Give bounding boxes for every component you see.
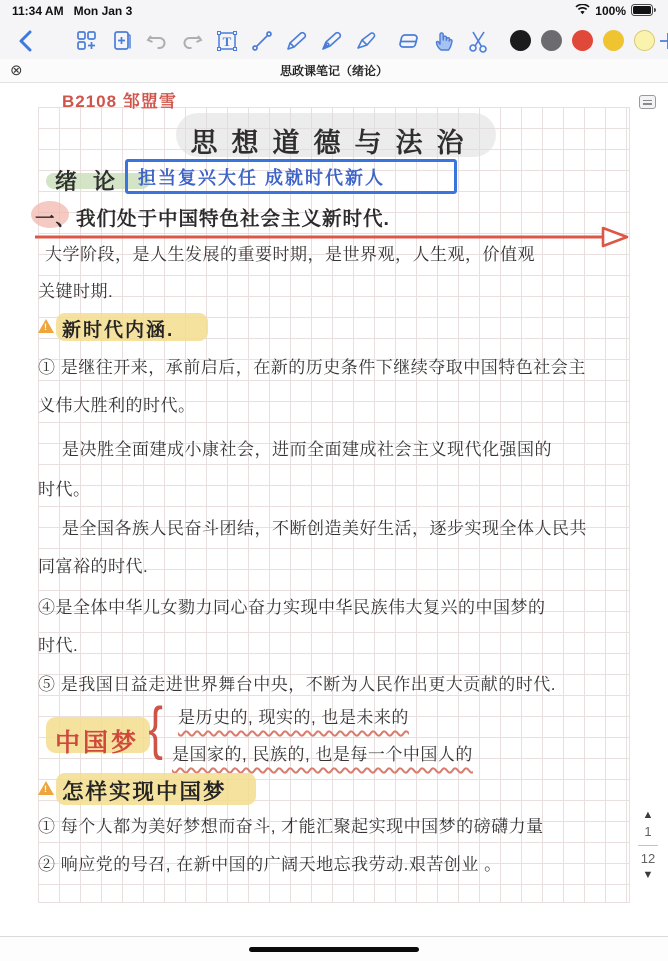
lasso-hand-tool-icon[interactable] bbox=[431, 28, 457, 54]
dream-line1: 是历史的, 现实的, 也是未来的 bbox=[178, 703, 409, 728]
intro-boxed-annotation: 担当复兴大任 成就时代新人 bbox=[125, 159, 457, 194]
student-id-label: B2108 邹盟雪 bbox=[62, 87, 177, 112]
close-icon[interactable]: ⊗ bbox=[10, 63, 23, 78]
point3-line1: 是全国各族人民奋斗团结，不断创造美好生活，逐步实现全体人民共 bbox=[62, 514, 587, 539]
page-nav-divider bbox=[638, 845, 658, 846]
add-element-grid-icon[interactable] bbox=[74, 28, 100, 54]
redo-icon[interactable] bbox=[179, 28, 205, 54]
point2-line2: 时代。 bbox=[38, 475, 91, 500]
color-gold-swatch[interactable] bbox=[603, 30, 624, 51]
dream-line2: 是国家的, 民族的, 也是每一个中国人的 bbox=[172, 740, 473, 765]
point4-line2: 时代. bbox=[38, 631, 78, 656]
subheading-new-era: 新时代内涵. bbox=[62, 315, 174, 342]
undo-icon[interactable] bbox=[144, 28, 170, 54]
subheading-how-realize: 怎样实现中国梦 bbox=[62, 775, 227, 806]
how-point2: ② 响应党的号召, 在新中国的广阔天地忘我劳动.艰苦创业 。 bbox=[38, 850, 502, 875]
intro-label: 绪论 bbox=[55, 165, 131, 196]
current-page-number: 1 bbox=[644, 823, 651, 841]
point4-line1: ④是全体中华儿女勠力同心奋力实现中华民族伟大复兴的中国梦的 bbox=[38, 593, 546, 618]
battery-percent: 100% bbox=[595, 4, 626, 18]
para1-line2: 关键时期. bbox=[38, 277, 113, 302]
warning-triangle-icon bbox=[38, 319, 54, 333]
total-page-number: 12 bbox=[641, 850, 655, 868]
note-main-title: 思想道德与法治 bbox=[0, 121, 668, 160]
doc-title: 思政课笔记（绪论） bbox=[0, 62, 668, 79]
bottom-bar bbox=[0, 936, 668, 961]
warning-triangle-icon-2 bbox=[38, 781, 54, 795]
color-gray-swatch[interactable] bbox=[541, 30, 562, 51]
back-chevron-icon[interactable] bbox=[12, 28, 38, 54]
line-tool-icon[interactable] bbox=[249, 28, 275, 54]
text-tool-icon[interactable]: T bbox=[214, 28, 240, 54]
add-page-icon[interactable] bbox=[109, 28, 135, 54]
color-black-swatch[interactable] bbox=[510, 30, 531, 51]
home-indicator[interactable] bbox=[249, 947, 419, 952]
color-pale-yellow-swatch[interactable] bbox=[634, 30, 655, 51]
point2-line1: 是决胜全面建成小康社会，进而全面建成社会主义现代化强国的 bbox=[62, 435, 552, 460]
page-up-icon[interactable]: ▲ bbox=[643, 810, 654, 821]
point1-line1: ① 是继往开来，承前启后，在新的历史条件下继续夺取中国特色社会主 bbox=[38, 353, 586, 378]
wifi-icon bbox=[575, 4, 590, 18]
status-date: Mon Jan 3 bbox=[74, 4, 133, 18]
pen-tool-icon[interactable] bbox=[319, 28, 345, 54]
status-bar: 11:34 AM Mon Jan 3 100% bbox=[0, 0, 668, 22]
para1-line1: 大学阶段，是人生发展的重要时期，是世界观，人生观，价值观 bbox=[45, 240, 535, 265]
highlighter-tool-icon[interactable] bbox=[354, 28, 380, 54]
page-navigator: ▲ 1 12 ▼ bbox=[634, 810, 662, 881]
intro-boxed-text: 担当复兴大任 成就时代新人 bbox=[138, 164, 385, 190]
point3-line2: 同富裕的时代. bbox=[38, 552, 148, 577]
battery-icon bbox=[631, 4, 656, 19]
point5-line: ⑤ 是我国日益走进世界舞台中央，不断为人民作出更大贡献的时代. bbox=[38, 670, 556, 695]
color-red-swatch[interactable] bbox=[572, 30, 593, 51]
doc-title-bar: ⊗ 思政课笔记（绪论） bbox=[0, 59, 668, 83]
eraser-tool-icon[interactable] bbox=[396, 28, 422, 54]
toolbar: T bbox=[0, 22, 668, 59]
pencil-tool-icon[interactable] bbox=[284, 28, 310, 54]
scissors-tool-icon[interactable] bbox=[466, 28, 492, 54]
note-page-canvas[interactable]: B2108 邹盟雪 思想道德与法治 绪论 担当复兴大任 成就时代新人 一、我们处… bbox=[0, 83, 668, 936]
point1-line2: 义伟大胜利的时代。 bbox=[38, 391, 196, 416]
page-outline-icon[interactable] bbox=[639, 95, 656, 109]
how-point1: ① 每个人都为美好梦想而奋斗, 才能汇聚起实现中国梦的磅礴力量 bbox=[38, 812, 544, 837]
red-brace: { bbox=[148, 695, 163, 762]
page-down-icon[interactable]: ▼ bbox=[643, 870, 654, 881]
plus-icon[interactable] bbox=[655, 28, 668, 54]
status-time: 11:34 AM bbox=[12, 4, 64, 18]
svg-text:T: T bbox=[223, 34, 232, 49]
app-screen: 11:34 AM Mon Jan 3 100% bbox=[0, 0, 668, 961]
china-dream-label: 中国梦 bbox=[55, 723, 139, 759]
